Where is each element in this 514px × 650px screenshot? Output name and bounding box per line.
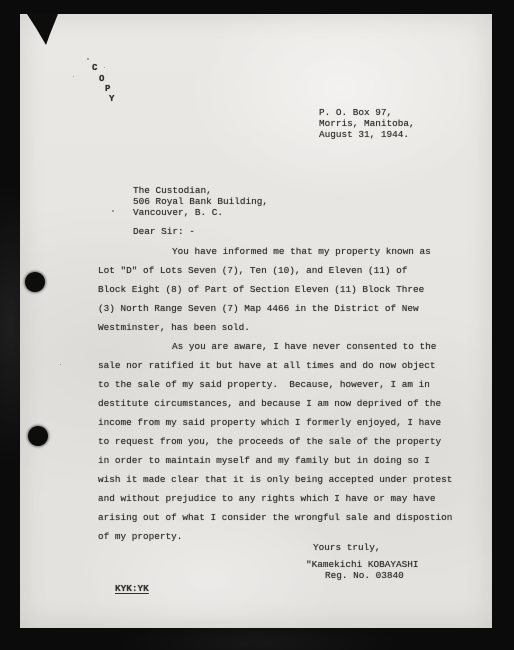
body-line: of my property.	[98, 527, 470, 546]
body-line: As you are aware, I have never consented…	[98, 337, 470, 356]
recipient-address-line: The Custodian,	[133, 185, 268, 196]
scanned-letter-screenshot: { "colors": { "border": "#0b0b0b", "pape…	[0, 0, 514, 650]
scan-speck	[112, 210, 114, 212]
letter-paper: C O P Y P. O. Box 97, Morris, Manitoba, …	[20, 14, 492, 628]
recipient-address-line: 506 Royal Bank Building,	[133, 196, 268, 207]
return-address: P. O. Box 97, Morris, Manitoba, August 3…	[319, 107, 415, 140]
copy-stamp-letter: O	[99, 74, 104, 84]
body-line: You have informed me that my property kn…	[98, 242, 470, 261]
copy-stamp-letter: Y	[109, 94, 114, 104]
body-line: to request from you, the proceeds of the…	[98, 432, 470, 451]
recipient-address-line: Vancouver, B. C.	[133, 207, 268, 218]
body-line: wish it made clear that it is only being…	[98, 470, 470, 489]
body-line: (3) North Range Seven (7) Map 4466 in th…	[98, 299, 470, 318]
scan-speck	[87, 58, 89, 60]
body-line: sale nor ratified it but have at all tim…	[98, 356, 470, 375]
scan-speck	[73, 76, 74, 77]
body-line: and without prejudice to any rights whic…	[98, 489, 470, 508]
return-address-line: Morris, Manitoba,	[319, 118, 415, 129]
letter-body: You have informed me that my property kn…	[98, 242, 470, 546]
body-line: destitute circumstances, and because I a…	[98, 394, 470, 413]
closing: Yours truly,	[313, 542, 381, 553]
scan-speck	[60, 364, 61, 365]
body-line: income from my said property which I for…	[98, 413, 470, 432]
signature-name: "Kamekichi KOBAYASHI	[306, 560, 419, 571]
punch-hole	[28, 426, 48, 446]
fold-mark-triangle	[27, 14, 61, 48]
body-line: in order to maintain myself and my famil…	[98, 451, 470, 470]
copy-stamp-letter: C	[92, 63, 97, 73]
return-address-line: P. O. Box 97,	[319, 107, 415, 118]
signature-block: "Kamekichi KOBAYASHI Reg. No. 03840	[306, 560, 419, 581]
recipient-address: The Custodian, 506 Royal Bank Building, …	[133, 185, 268, 218]
body-line: Block Eight (8) of Part of Section Eleve…	[98, 280, 470, 299]
body-line: Lot "D" of Lots Seven (7), Ten (10), and…	[98, 261, 470, 280]
copy-stamp-letter: P	[105, 84, 110, 94]
body-line: Westminster, has been sold.	[98, 318, 470, 337]
typist-initials: KYK:YK	[115, 583, 149, 594]
punch-hole	[25, 272, 45, 292]
body-line: arising out of what I consider the wrong…	[98, 508, 470, 527]
scan-speck	[104, 67, 105, 68]
return-address-line: August 31, 1944.	[319, 129, 415, 140]
registration-number: Reg. No. 03840	[306, 571, 419, 582]
body-line: to the sale of my said property. Because…	[98, 375, 470, 394]
salutation: Dear Sir: -	[133, 226, 195, 237]
